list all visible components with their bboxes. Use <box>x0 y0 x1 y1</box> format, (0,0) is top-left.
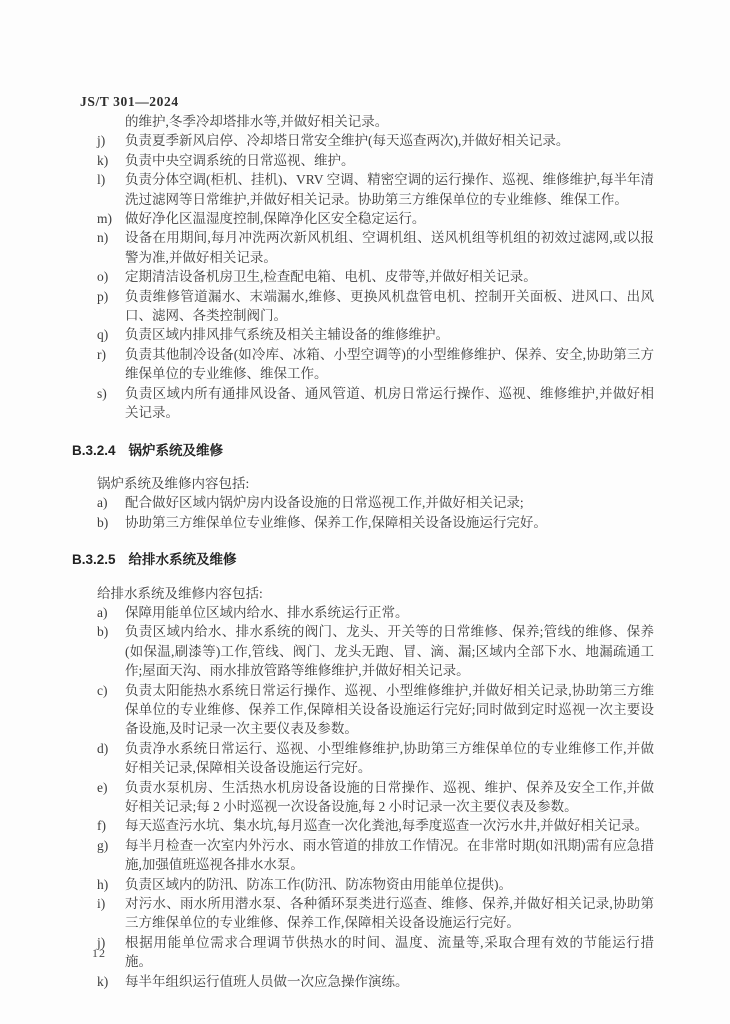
section-number: B.3.2.5 <box>72 552 116 567</box>
list-item-label: h) <box>97 875 125 894</box>
list-item-text: 配合做好区域内锅炉房内设备设施的日常巡视工作,并做好相关记录; <box>125 493 654 512</box>
list-item-text: 对污水、雨水所用潜水泵、各种循环泵类进行巡查、维修、保养,并做好相关记录,协助第… <box>125 894 654 933</box>
list-item-label: n) <box>97 228 125 267</box>
list-item-text: 负责其他制冷设备(如冷库、冰箱、小型空调等)的小型维修维护、保养、安全,协助第三… <box>125 345 654 384</box>
list-item: l)负责分体空调(柜机、挂机)、VRV 空调、精密空调的运行操作、巡视、维修维护… <box>97 170 654 209</box>
list-item-label: i) <box>97 894 125 933</box>
list-item-label: o) <box>97 267 125 286</box>
list-item-label: r) <box>97 345 125 384</box>
list-item: q)负责区域内排风排气系统及相关主辅设备的维修维护。 <box>97 325 654 344</box>
list-item-text: 负责区域内的防汛、防冻工作(防汛、防冻物资由用能单位提供)。 <box>125 875 654 894</box>
list-item-text: 每半年组织运行值班人员做一次应急操作演练。 <box>125 972 654 991</box>
document-page: JS/T 301—2024 的维护,冬季冷却塔排水等,并做好相关记录。j)负责夏… <box>0 0 730 1024</box>
list-item: p)负责维修管道漏水、末端漏水,维修、更换风机盘管电机、控制开关面板、进风口、出… <box>97 287 654 326</box>
list-item: i)对污水、雨水所用潜水泵、各种循环泵类进行巡查、维修、保养,并做好相关记录,协… <box>97 894 654 933</box>
list-item-label: m) <box>97 209 125 228</box>
list-item: m)做好净化区温湿度控制,保障净化区安全稳定运行。 <box>97 209 654 228</box>
paragraph-continuation: 的维护,冬季冷却塔排水等,并做好相关记录。 <box>125 112 654 131</box>
list-item-text: 负责水泵机房、生活热水机房设备设施的日常操作、巡视、维护、保养及安全工作,并做好… <box>125 778 654 817</box>
list-item: d)负责净水系统日常运行、巡视、小型维修维护,协助第三方维保单位的专业维修工作,… <box>97 739 654 778</box>
intro-paragraph: 给排水系统及维修内容包括: <box>97 584 654 603</box>
list-item-label: g) <box>97 836 125 875</box>
list-item-text: 定期清洁设备机房卫生,检查配电箱、电机、皮带等,并做好相关记录。 <box>125 267 654 286</box>
list-item-label: a) <box>97 603 125 622</box>
list-item: a)配合做好区域内锅炉房内设备设施的日常巡视工作,并做好相关记录; <box>97 493 654 512</box>
list-item: k)每半年组织运行值班人员做一次应急操作演练。 <box>97 972 654 991</box>
list-item-label: e) <box>97 778 125 817</box>
list-item-label: a) <box>97 493 125 512</box>
list-item-text: 负责分体空调(柜机、挂机)、VRV 空调、精密空调的运行操作、巡视、维修维护,每… <box>125 170 654 209</box>
list-item-text: 保障用能单位区域内给水、排水系统运行正常。 <box>125 603 654 622</box>
list-item: g)每半月检查一次室内外污水、雨水管道的排放工作情况。在非常时期(如汛期)需有应… <box>97 836 654 875</box>
list-item-text: 负责太阳能热水系统日常运行操作、巡视、小型维修维护,并做好相关记录,协助第三方维… <box>125 681 654 739</box>
list-item-label: q) <box>97 325 125 344</box>
list-item: s)负责区域内所有通排风设备、通风管道、机房日常运行操作、巡视、维修维护,并做好… <box>97 384 654 423</box>
list-item-label: c) <box>97 681 125 739</box>
list-item-text: 负责区域内所有通排风设备、通风管道、机房日常运行操作、巡视、维修维护,并做好相关… <box>125 384 654 423</box>
list-item-text: 做好净化区温湿度控制,保障净化区安全稳定运行。 <box>125 209 654 228</box>
list-item-label: j) <box>97 131 125 150</box>
list-item: h)负责区域内的防汛、防冻工作(防汛、防冻物资由用能单位提供)。 <box>97 875 654 894</box>
section-heading: B.3.2.5给排水系统及维修 <box>72 550 654 569</box>
list-item-text: 根据用能单位需求合理调节供热水的时间、温度、流量等,采取合理有效的节能运行措施。 <box>125 933 654 972</box>
list-item-label: d) <box>97 739 125 778</box>
section-number: B.3.2.4 <box>72 443 116 458</box>
running-header: JS/T 301—2024 <box>80 92 179 111</box>
list-item-label: b) <box>97 513 125 532</box>
list-item-label: b) <box>97 622 125 680</box>
list-item-label: k) <box>97 151 125 170</box>
list-item-text: 负责区域内给水、排水系统的阀门、龙头、开关等的日常维修、保养;管线的维修、保养(… <box>125 622 654 680</box>
list-item-text: 负责维修管道漏水、末端漏水,维修、更换风机盘管电机、控制开关面板、进风口、出风口… <box>125 287 654 326</box>
list-item-text: 负责中央空调系统的日常巡视、维护。 <box>125 151 654 170</box>
list-item-text: 每天巡查污水坑、集水坑,每月巡查一次化粪池,每季度巡查一次污水井,并做好相关记录… <box>125 816 654 835</box>
list-item: o)定期清洁设备机房卫生,检查配电箱、电机、皮带等,并做好相关记录。 <box>97 267 654 286</box>
intro-paragraph: 锅炉系统及维修内容包括: <box>97 474 654 493</box>
list-item: e)负责水泵机房、生活热水机房设备设施的日常操作、巡视、维护、保养及安全工作,并… <box>97 778 654 817</box>
list-item-label: k) <box>97 972 125 991</box>
section-heading: B.3.2.4锅炉系统及维修 <box>72 441 654 460</box>
section-title: 给排水系统及维修 <box>129 552 237 567</box>
list-item: j)负责夏季新风启停、冷却塔日常安全维护(每天巡查两次),并做好相关记录。 <box>97 131 654 150</box>
list-item-text: 协助第三方维保单位专业维修、保养工作,保障相关设备设施运行完好。 <box>125 513 654 532</box>
list-item: b)负责区域内给水、排水系统的阀门、龙头、开关等的日常维修、保养;管线的维修、保… <box>97 622 654 680</box>
list-item-label: l) <box>97 170 125 209</box>
document-content: 的维护,冬季冷却塔排水等,并做好相关记录。j)负责夏季新风启停、冷却塔日常安全维… <box>72 112 654 991</box>
section-title: 锅炉系统及维修 <box>129 443 224 458</box>
list-item: k)负责中央空调系统的日常巡视、维护。 <box>97 151 654 170</box>
list-item: c)负责太阳能热水系统日常运行操作、巡视、小型维修维护,并做好相关记录,协助第三… <box>97 681 654 739</box>
list-item-label: f) <box>97 816 125 835</box>
list-item: b)协助第三方维保单位专业维修、保养工作,保障相关设备设施运行完好。 <box>97 513 654 532</box>
list-item-text: 负责净水系统日常运行、巡视、小型维修维护,协助第三方维保单位的专业维修工作,并做… <box>125 739 654 778</box>
list-item: r)负责其他制冷设备(如冷库、冰箱、小型空调等)的小型维修维护、保养、安全,协助… <box>97 345 654 384</box>
page-number: 12 <box>92 944 106 963</box>
list-item-label: s) <box>97 384 125 423</box>
list-item-text: 设备在用期间,每月冲洗两次新风机组、空调机组、送风机组等机组的初效过滤网,或以报… <box>125 228 654 267</box>
list-item-text: 负责区域内排风排气系统及相关主辅设备的维修维护。 <box>125 325 654 344</box>
list-item-label: p) <box>97 287 125 326</box>
list-item: j)根据用能单位需求合理调节供热水的时间、温度、流量等,采取合理有效的节能运行措… <box>97 933 654 972</box>
list-item: a)保障用能单位区域内给水、排水系统运行正常。 <box>97 603 654 622</box>
list-item: n)设备在用期间,每月冲洗两次新风机组、空调机组、送风机组等机组的初效过滤网,或… <box>97 228 654 267</box>
list-item: f)每天巡查污水坑、集水坑,每月巡查一次化粪池,每季度巡查一次污水井,并做好相关… <box>97 816 654 835</box>
list-item-text: 负责夏季新风启停、冷却塔日常安全维护(每天巡查两次),并做好相关记录。 <box>125 131 654 150</box>
list-item-text: 每半月检查一次室内外污水、雨水管道的排放工作情况。在非常时期(如汛期)需有应急措… <box>125 836 654 875</box>
